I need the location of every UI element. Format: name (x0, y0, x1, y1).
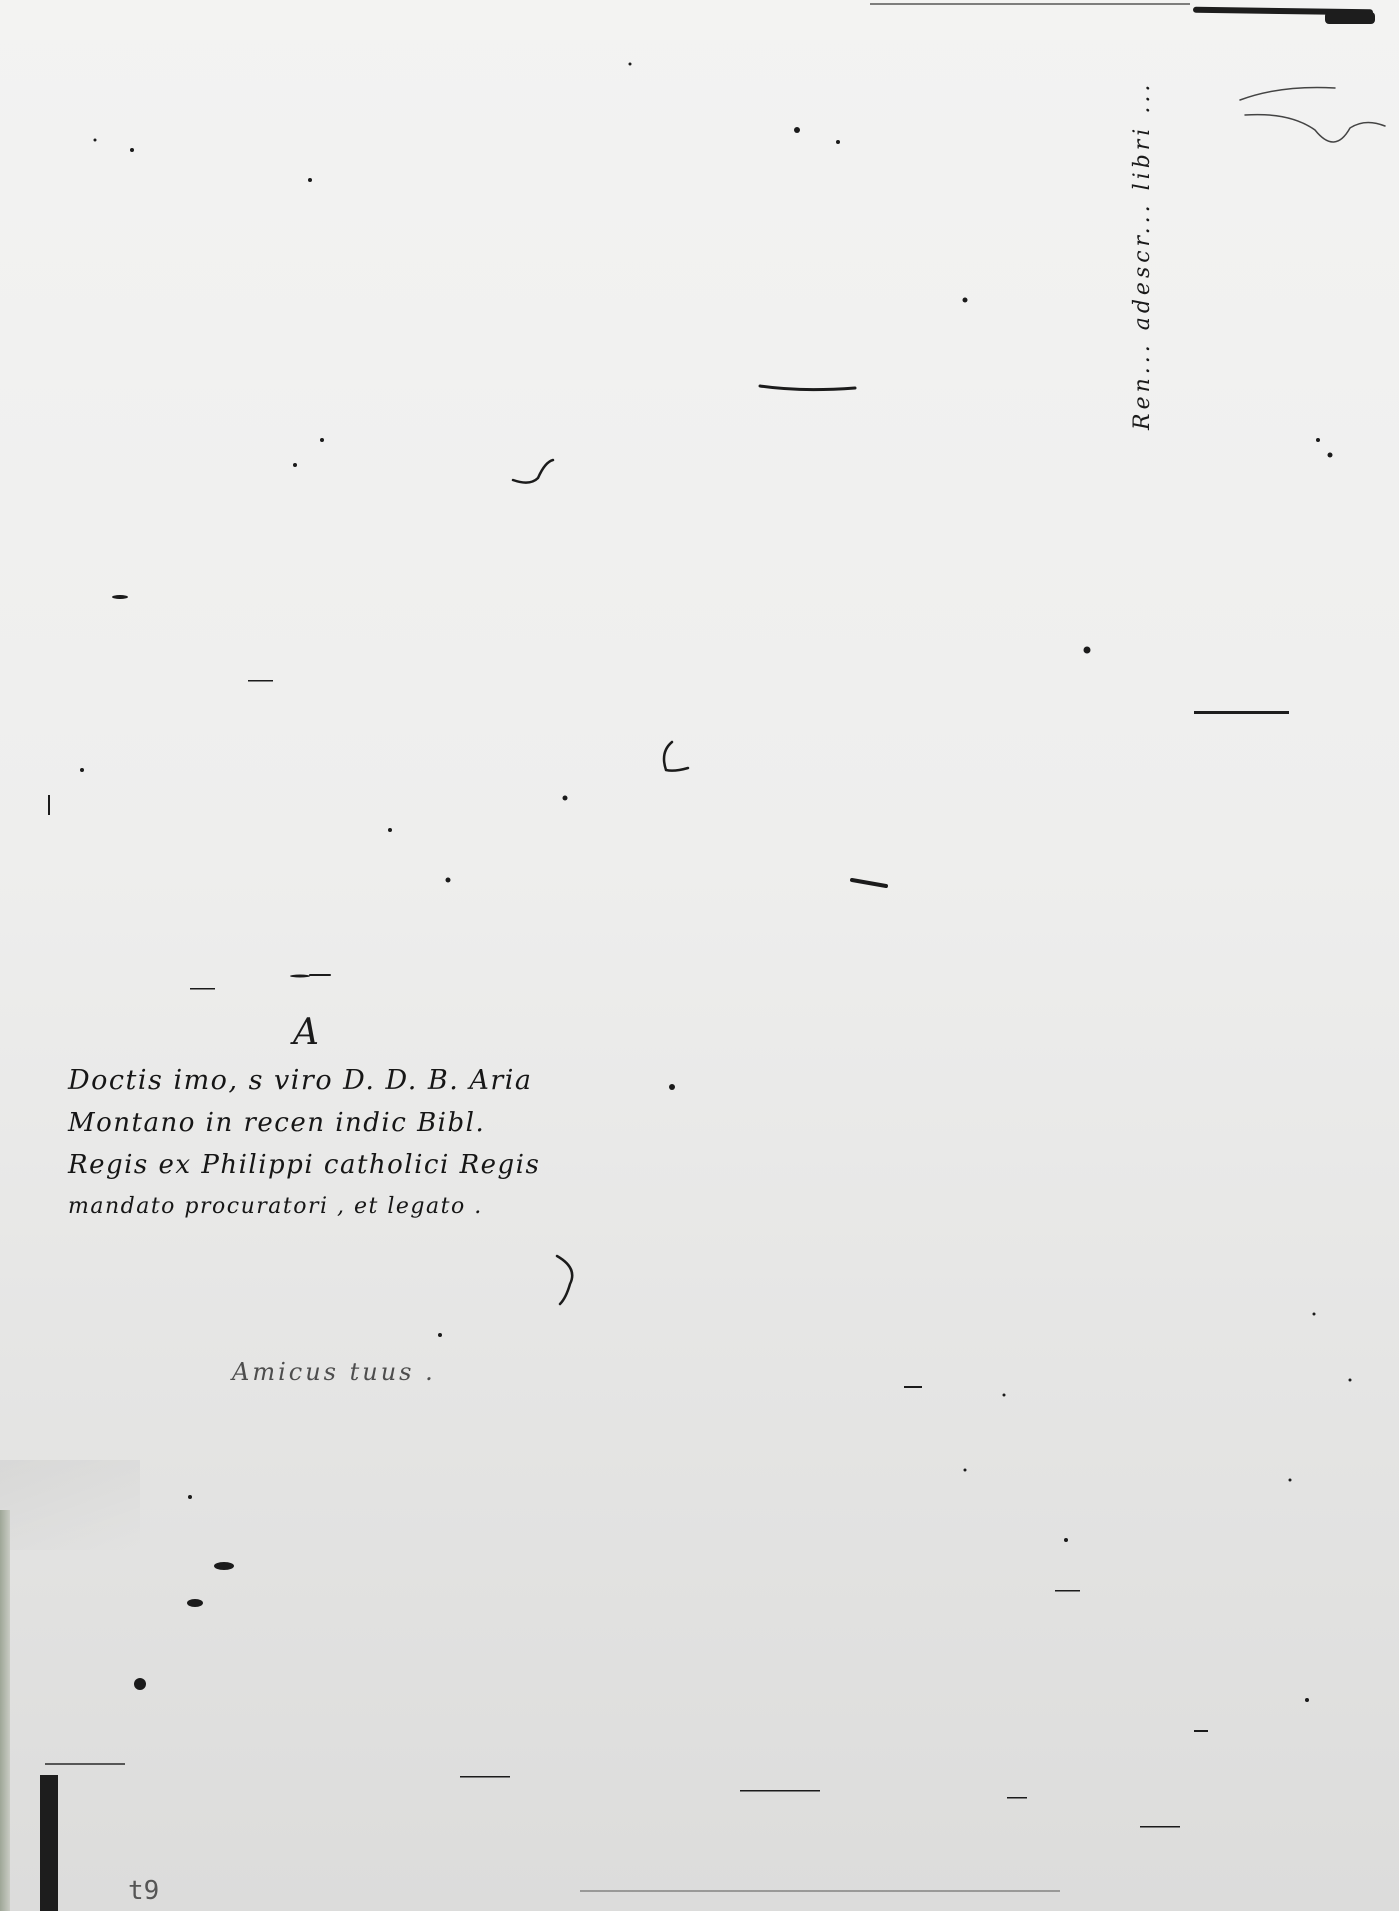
manuscript-page: A Doctis imo, s viro D. D. B. Aria Monta… (0, 0, 1399, 1911)
ink-specks-overlay (0, 0, 1399, 1911)
